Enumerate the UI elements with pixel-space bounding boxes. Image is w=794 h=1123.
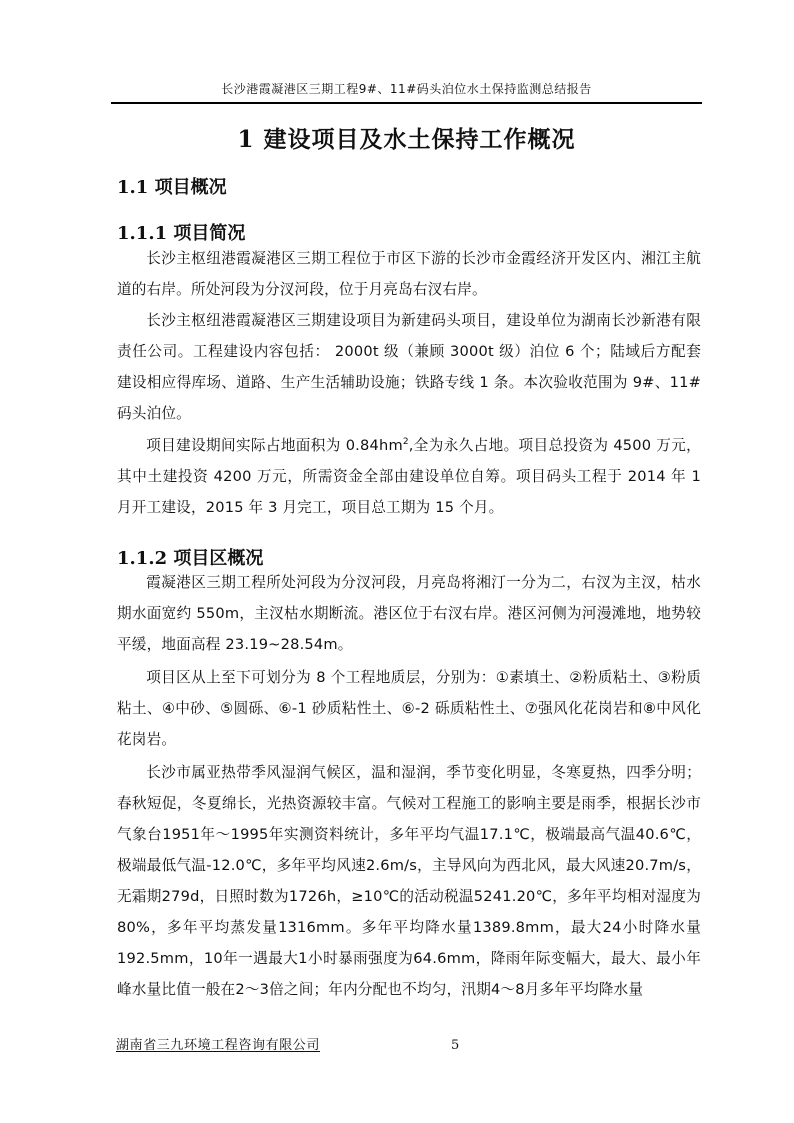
paragraph-climate: 长沙市属亚热带季风湿润气候区，温和湿润，季节变化明显，冬寒夏热，四季分明；春秋短… [117, 757, 701, 1005]
footer-company-name: 湖南省三九环境工程咨询有限公司 [116, 1037, 320, 1055]
paragraph-project-area-investment: 项目建设期间实际占地面积为 0.84hm2,全为永久占地。项目总投资为 4500… [117, 430, 701, 523]
running-header-title: 长沙港霞凝港区三期工程9#、11#码头泊位水土保持监测总结报告 [221, 82, 592, 96]
paragraph-river-terrain: 霞凝港区三期工程所处河段为分汊河段，月亮岛将湘汀一分为二，右汊为主汊，枯水期水面… [117, 567, 701, 660]
section-heading-1-1: 1.1 项目概况 [117, 175, 227, 201]
paragraph-geology-layers: 项目区从上至下可划分为 8 个工程地质层，分别为：①素填土、②粉质粘土、③粉质粘… [117, 662, 701, 755]
footer-page-number: 5 [451, 1037, 459, 1055]
paragraph-project-location: 长沙主枢纽港霞凝港区三期工程位于市区下游的长沙市金霞经济开发区内、湘江主航道的右… [117, 243, 701, 305]
running-header: 长沙港霞凝港区三期工程9#、11#码头泊位水土保持监测总结报告 [111, 80, 702, 104]
area-text-before: 项目建设期间实际占地面积为 0.84hm [146, 437, 403, 454]
chapter-title: 1 建设项目及水土保持工作概况 [111, 122, 702, 158]
paragraph-project-content: 长沙主枢纽港霞凝港区三期建设项目为新建码头项目，建设单位为湖南长沙新港有限责任公… [117, 305, 701, 429]
